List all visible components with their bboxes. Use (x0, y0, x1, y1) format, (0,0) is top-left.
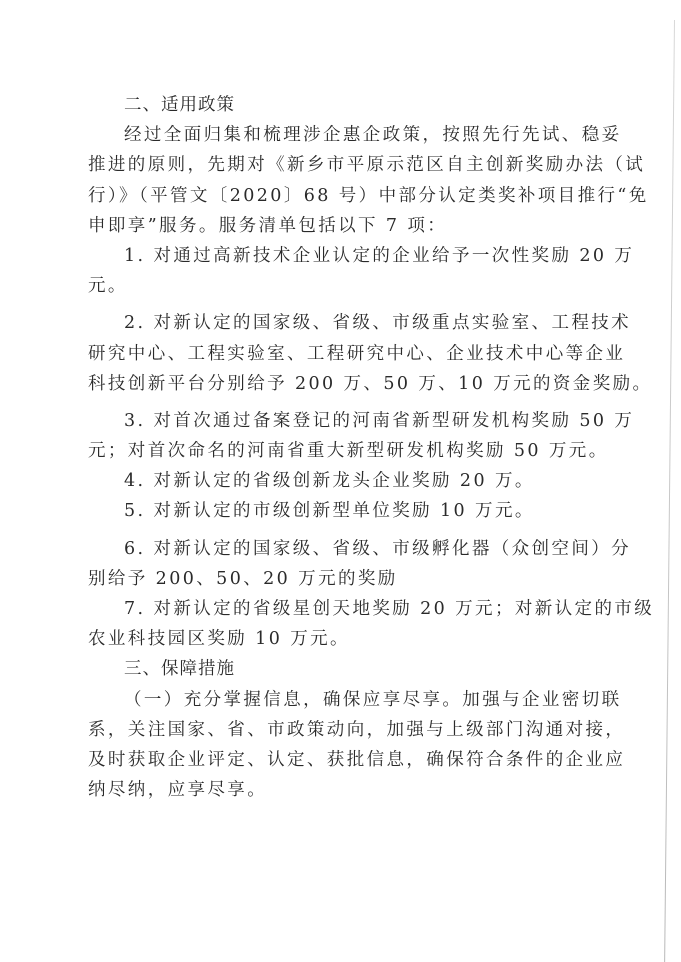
list-item-2: 2. 对新认定的国家级、省级、市级重点实验室、工程技术 研究中心、工程实验室、工… (88, 308, 618, 399)
paragraph-line: 研究中心、工程实验室、工程研究中心、企业技术中心等企业 (88, 339, 618, 369)
paragraph-line: 科技创新平台分别给予 200 万、50 万、10 万元的资金奖励。 (88, 369, 618, 399)
paragraph-line: 推进的原则，先期对《新乡市平原示范区自主创新奖励办法（试 (88, 150, 618, 180)
paragraph-line: 4. 对新认定的省级创新龙头企业奖励 20 万。 (88, 466, 618, 496)
list-item-4: 4. 对新认定的省级创新龙头企业奖励 20 万。 (88, 466, 618, 496)
paragraph-line: 纳尽纳，应享尽享。 (88, 775, 618, 805)
paragraph-line: 系，关注国家、省、市政策动向，加强与上级部门沟通对接， (88, 715, 618, 745)
list-item-1: 1. 对通过高新技术企业认定的企业给予一次性奖励 20 万 元。 (88, 241, 618, 301)
section-heading-safeguards: 三、保障措施 (88, 654, 618, 684)
paragraph-line: 6. 对新认定的国家级、省级、市级孵化器（众创空间）分 (88, 534, 618, 564)
list-item-5: 5. 对新认定的市级创新型单位奖励 10 万元。 (88, 496, 618, 526)
paragraph-line: 申即享”服务。服务清单包括以下 7 项： (88, 211, 618, 241)
paragraph-line: 行）》（平管文〔2020〕68 号）中部分认定类奖补项目推行“免 (88, 181, 618, 211)
list-item-3: 3. 对首次通过备案登记的河南省新型研发机构奖励 50 万 元；对首次命名的河南… (88, 406, 618, 466)
intro-paragraph: 经过全面归集和梳理涉企惠企政策，按照先行先试、稳妥 推进的原则，先期对《新乡市平… (88, 120, 618, 241)
paragraph-line: 1. 对通过高新技术企业认定的企业给予一次性奖励 20 万 (88, 241, 618, 271)
paragraph-line: 别给予 200、50、20 万元的奖励 (88, 564, 618, 594)
paragraph-line: 及时获取企业评定、认定、获批信息，确保符合条件的企业应 (88, 745, 618, 775)
section-heading-policies: 二、适用政策 (88, 90, 618, 120)
document-body: 二、适用政策 经过全面归集和梳理涉企惠企政策，按照先行先试、稳妥 推进的原则，先… (88, 90, 618, 805)
paragraph-line: 元。 (88, 271, 618, 301)
paragraph-line: 经过全面归集和梳理涉企惠企政策，按照先行先试、稳妥 (88, 120, 618, 150)
paragraph-line: 3. 对首次通过备案登记的河南省新型研发机构奖励 50 万 (88, 406, 618, 436)
paragraph-line: 7. 对新认定的省级星创天地奖励 20 万元；对新认定的市级 (88, 594, 618, 624)
paragraph-line: 2. 对新认定的国家级、省级、市级重点实验室、工程技术 (88, 308, 618, 338)
paragraph-line: 元；对首次命名的河南省重大新型研发机构奖励 50 万元。 (88, 436, 618, 466)
safeguard-paragraph-1: （一）充分掌握信息，确保应享尽享。加强与企业密切联 系，关注国家、省、市政策动向… (88, 685, 618, 806)
list-item-7: 7. 对新认定的省级星创天地奖励 20 万元；对新认定的市级 农业科技园区奖励 … (88, 594, 618, 654)
list-item-6: 6. 对新认定的国家级、省级、市级孵化器（众创空间）分 别给予 200、50、2… (88, 534, 618, 594)
paragraph-line: （一）充分掌握信息，确保应享尽享。加强与企业密切联 (88, 685, 618, 715)
paragraph-line: 5. 对新认定的市级创新型单位奖励 10 万元。 (88, 496, 618, 526)
scan-page-edge (664, 20, 675, 962)
paragraph-line: 农业科技园区奖励 10 万元。 (88, 624, 618, 654)
